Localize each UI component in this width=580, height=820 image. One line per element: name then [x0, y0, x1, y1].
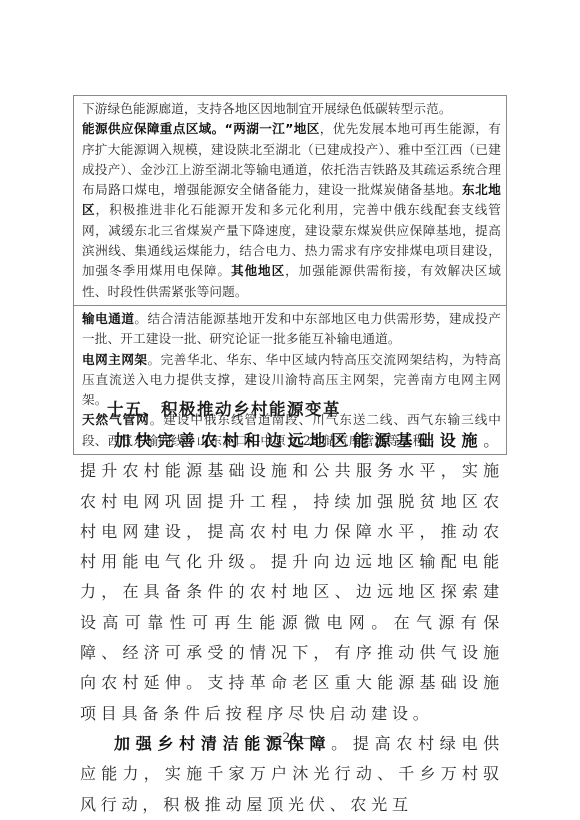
body-paragraph: 加快完善农村和边远地区能源基础设施。提升农村能源基础设施和公共服务水平，实施农村…	[80, 426, 504, 729]
box-bold-title: 能源供应保障重点区域。“两湖一江”地区	[82, 121, 320, 136]
section-body: 加快完善农村和边远地区能源基础设施。提升农村能源基础设施和公共服务水平，实施农村…	[80, 426, 504, 820]
box-paragraph-regions: 能源供应保障重点区域。“两湖一江”地区，优先发展本地可再生能源，有序扩大能源调入…	[82, 119, 501, 302]
page-number: — 24 —	[0, 730, 580, 747]
section-heading: 十五、积极推动乡村能源变革	[107, 396, 341, 420]
box-item-transmission: 输电通道。结合清洁能源基地开发和中东部地区电力供需形势，建成投产一批、开工建设一…	[82, 309, 501, 350]
paragraph-lead: 加快完善农村和边远地区能源基础设施	[114, 431, 483, 450]
box-bold-title: 其他地区	[231, 263, 285, 278]
box-cell-regions: 下游绿色能源廊道，支持各地区因地制宜开展绿色低碳转型示范。 能源供应保障重点区域…	[74, 96, 506, 305]
box-paragraph: 下游绿色能源廊道，支持各地区因地制宜开展绿色低碳转型示范。	[82, 99, 501, 119]
